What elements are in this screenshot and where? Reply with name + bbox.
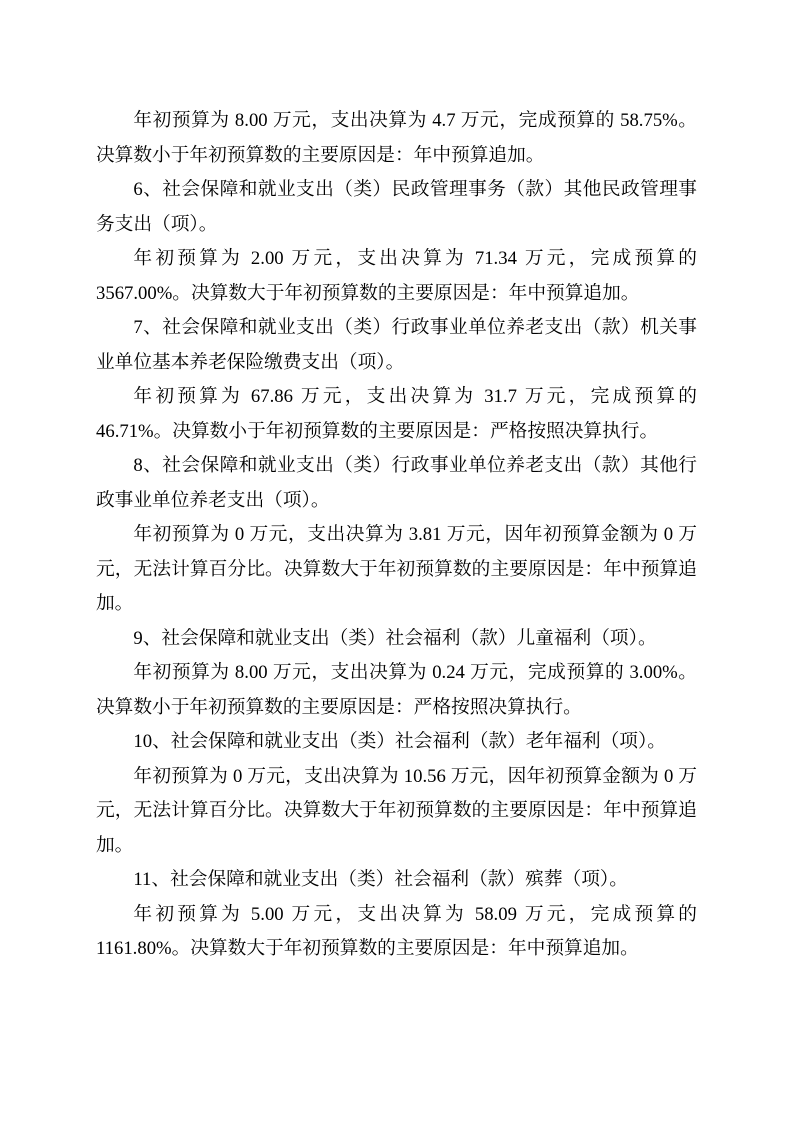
paragraph: 年初预算为 8.00 万元，支出决算为 0.24 万元，完成预算的 3.00%。… bbox=[96, 656, 697, 725]
document-line: 决算数小于年初预算数的主要原因是：严格按照决算执行。 bbox=[96, 691, 697, 726]
document-line: 年初预算为 67.86 万元，支出决算为 31.7 万元，完成预算的 bbox=[96, 380, 697, 415]
document-line: 元，无法计算百分比。决算数大于年初预算数的主要原因是：年中预算追 bbox=[96, 794, 697, 829]
paragraph: 6、社会保障和就业支出（类）民政管理事务（款）其他民政管理事务支出（项）。 bbox=[96, 173, 697, 242]
document-line: 年初预算为 0 万元，支出决算为 3.81 万元，因年初预算金额为 0 万 bbox=[96, 518, 697, 553]
document-line: 6、社会保障和就业支出（类）民政管理事务（款）其他民政管理事 bbox=[96, 173, 697, 208]
paragraph: 年初预算为 2.00 万元，支出决算为 71.34 万元，完成预算的3567.0… bbox=[96, 242, 697, 311]
document-line: 7、社会保障和就业支出（类）行政事业单位养老支出（款）机关事 bbox=[96, 311, 697, 346]
paragraph: 8、社会保障和就业支出（类）行政事业单位养老支出（款）其他行政事业单位养老支出（… bbox=[96, 449, 697, 518]
document-line: 9、社会保障和就业支出（类）社会福利（款）儿童福利（项）。 bbox=[96, 622, 697, 657]
document-line: 业单位基本养老保险缴费支出（项）。 bbox=[96, 346, 697, 381]
document-line: 元，无法计算百分比。决算数大于年初预算数的主要原因是：年中预算追 bbox=[96, 553, 697, 588]
paragraph: 7、社会保障和就业支出（类）行政事业单位养老支出（款）机关事业单位基本养老保险缴… bbox=[96, 311, 697, 380]
document-line: 8、社会保障和就业支出（类）行政事业单位养老支出（款）其他行 bbox=[96, 449, 697, 484]
document-line: 3567.00%。决算数大于年初预算数的主要原因是：年中预算追加。 bbox=[96, 277, 697, 312]
paragraph: 年初预算为 5.00 万元，支出决算为 58.09 万元，完成预算的1161.8… bbox=[96, 898, 697, 967]
paragraph: 年初预算为 0 万元，支出决算为 10.56 万元，因年初预算金额为 0 万元，… bbox=[96, 760, 697, 864]
document-line: 年初预算为 8.00 万元，支出决算为 0.24 万元，完成预算的 3.00%。 bbox=[96, 656, 697, 691]
paragraph: 11、社会保障和就业支出（类）社会福利（款）殡葬（项）。 bbox=[96, 863, 697, 898]
document-line: 政事业单位养老支出（项）。 bbox=[96, 484, 697, 519]
document-line: 10、社会保障和就业支出（类）社会福利（款）老年福利（项）。 bbox=[96, 725, 697, 760]
paragraph: 年初预算为 0 万元，支出决算为 3.81 万元，因年初预算金额为 0 万元，无… bbox=[96, 518, 697, 622]
document-line: 11、社会保障和就业支出（类）社会福利（款）殡葬（项）。 bbox=[96, 863, 697, 898]
document-line: 务支出（项）。 bbox=[96, 208, 697, 243]
document-line: 加。 bbox=[96, 587, 697, 622]
paragraph: 年初预算为 67.86 万元，支出决算为 31.7 万元，完成预算的46.71%… bbox=[96, 380, 697, 449]
document-line: 1161.80%。决算数大于年初预算数的主要原因是：年中预算追加。 bbox=[96, 932, 697, 967]
document-body: 年初预算为 8.00 万元，支出决算为 4.7 万元，完成预算的 58.75%。… bbox=[96, 104, 697, 967]
paragraph: 10、社会保障和就业支出（类）社会福利（款）老年福利（项）。 bbox=[96, 725, 697, 760]
paragraph: 年初预算为 8.00 万元，支出决算为 4.7 万元，完成预算的 58.75%。… bbox=[96, 104, 697, 173]
document-line: 46.71%。决算数小于年初预算数的主要原因是：严格按照决算执行。 bbox=[96, 415, 697, 450]
paragraph: 9、社会保障和就业支出（类）社会福利（款）儿童福利（项）。 bbox=[96, 622, 697, 657]
document-line: 年初预算为 0 万元，支出决算为 10.56 万元，因年初预算金额为 0 万 bbox=[96, 760, 697, 795]
document-line: 年初预算为 5.00 万元，支出决算为 58.09 万元，完成预算的 bbox=[96, 898, 697, 933]
document-page: 年初预算为 8.00 万元，支出决算为 4.7 万元，完成预算的 58.75%。… bbox=[0, 0, 793, 1122]
document-line: 年初预算为 8.00 万元，支出决算为 4.7 万元，完成预算的 58.75%。 bbox=[96, 104, 697, 139]
document-line: 年初预算为 2.00 万元，支出决算为 71.34 万元，完成预算的 bbox=[96, 242, 697, 277]
document-line: 决算数小于年初预算数的主要原因是：年中预算追加。 bbox=[96, 139, 697, 174]
document-line: 加。 bbox=[96, 829, 697, 864]
